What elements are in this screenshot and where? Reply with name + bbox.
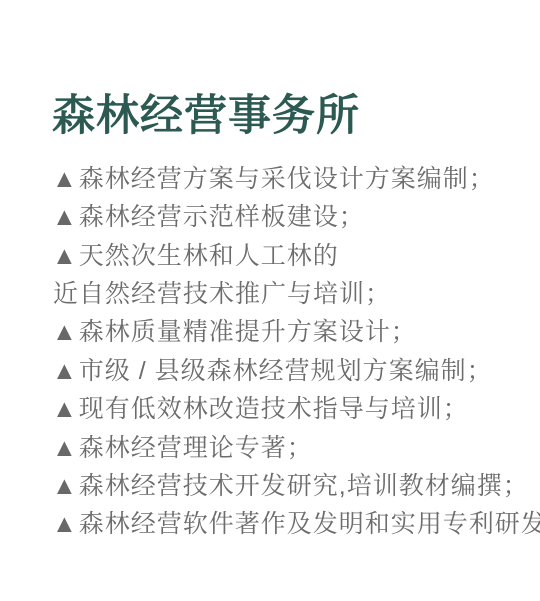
service-line-text: 天然次生林和人工林的 xyxy=(79,242,339,270)
triangle-bullet-icon: ▲ xyxy=(52,472,78,500)
triangle-bullet-icon: ▲ xyxy=(52,318,78,346)
triangle-bullet-icon: ▲ xyxy=(52,357,78,385)
list-item: ▲森林经营理论专著； xyxy=(52,429,522,467)
document-page: 森林经营事务所 ▲森林经营方案与采伐设计方案编制； ▲森林经营示范样板建设； ▲… xyxy=(0,0,540,601)
list-item: ▲现有低效林改造技术指导与培训； xyxy=(52,390,522,428)
list-item: ▲森林经营软件著作及发明和实用专利研发。 xyxy=(52,505,522,543)
service-line-text: 森林经营理论专著； xyxy=(79,434,313,462)
content-area: 森林经营事务所 ▲森林经营方案与采伐设计方案编制； ▲森林经营示范样板建设； ▲… xyxy=(52,90,522,544)
list-item: ▲森林经营方案与采伐设计方案编制； xyxy=(52,160,522,198)
service-line-text: 森林质量精准提升方案设计； xyxy=(79,318,417,346)
triangle-bullet-icon: ▲ xyxy=(52,395,78,423)
list-item: ▲森林经营技术开发研究,培训教材编撰； xyxy=(52,467,522,505)
triangle-bullet-icon: ▲ xyxy=(52,242,78,270)
list-item: ▲市级 / 县级森林经营规划方案编制； xyxy=(52,352,522,390)
service-line-text: 森林经营方案与采伐设计方案编制； xyxy=(79,165,495,193)
triangle-bullet-icon: ▲ xyxy=(52,434,78,462)
list-item: ▲森林经营示范样板建设； xyxy=(52,198,522,236)
service-line-text: 市级 / 县级森林经营规划方案编制； xyxy=(79,357,493,385)
service-line-text: 现有低效林改造技术指导与培训； xyxy=(79,395,469,423)
service-list: ▲森林经营方案与采伐设计方案编制； ▲森林经营示范样板建设； ▲天然次生林和人工… xyxy=(52,160,522,544)
list-item: ▲天然次生林和人工林的 xyxy=(52,237,522,275)
triangle-bullet-icon: ▲ xyxy=(52,165,78,193)
page-title: 森林经营事务所 xyxy=(52,90,522,144)
list-item: ▲森林质量精准提升方案设计； xyxy=(52,313,522,351)
service-line-text: 森林经营示范样板建设； xyxy=(79,203,365,231)
list-item: 近自然经营技术推广与培训； xyxy=(52,275,522,313)
service-line-text: 森林经营软件著作及发明和实用专利研发。 xyxy=(79,510,540,538)
triangle-bullet-icon: ▲ xyxy=(52,203,78,231)
service-line-text: 森林经营技术开发研究,培训教材编撰； xyxy=(79,472,529,500)
service-line-text: 近自然经营技术推广与培训； xyxy=(53,280,391,308)
triangle-bullet-icon: ▲ xyxy=(52,510,78,538)
